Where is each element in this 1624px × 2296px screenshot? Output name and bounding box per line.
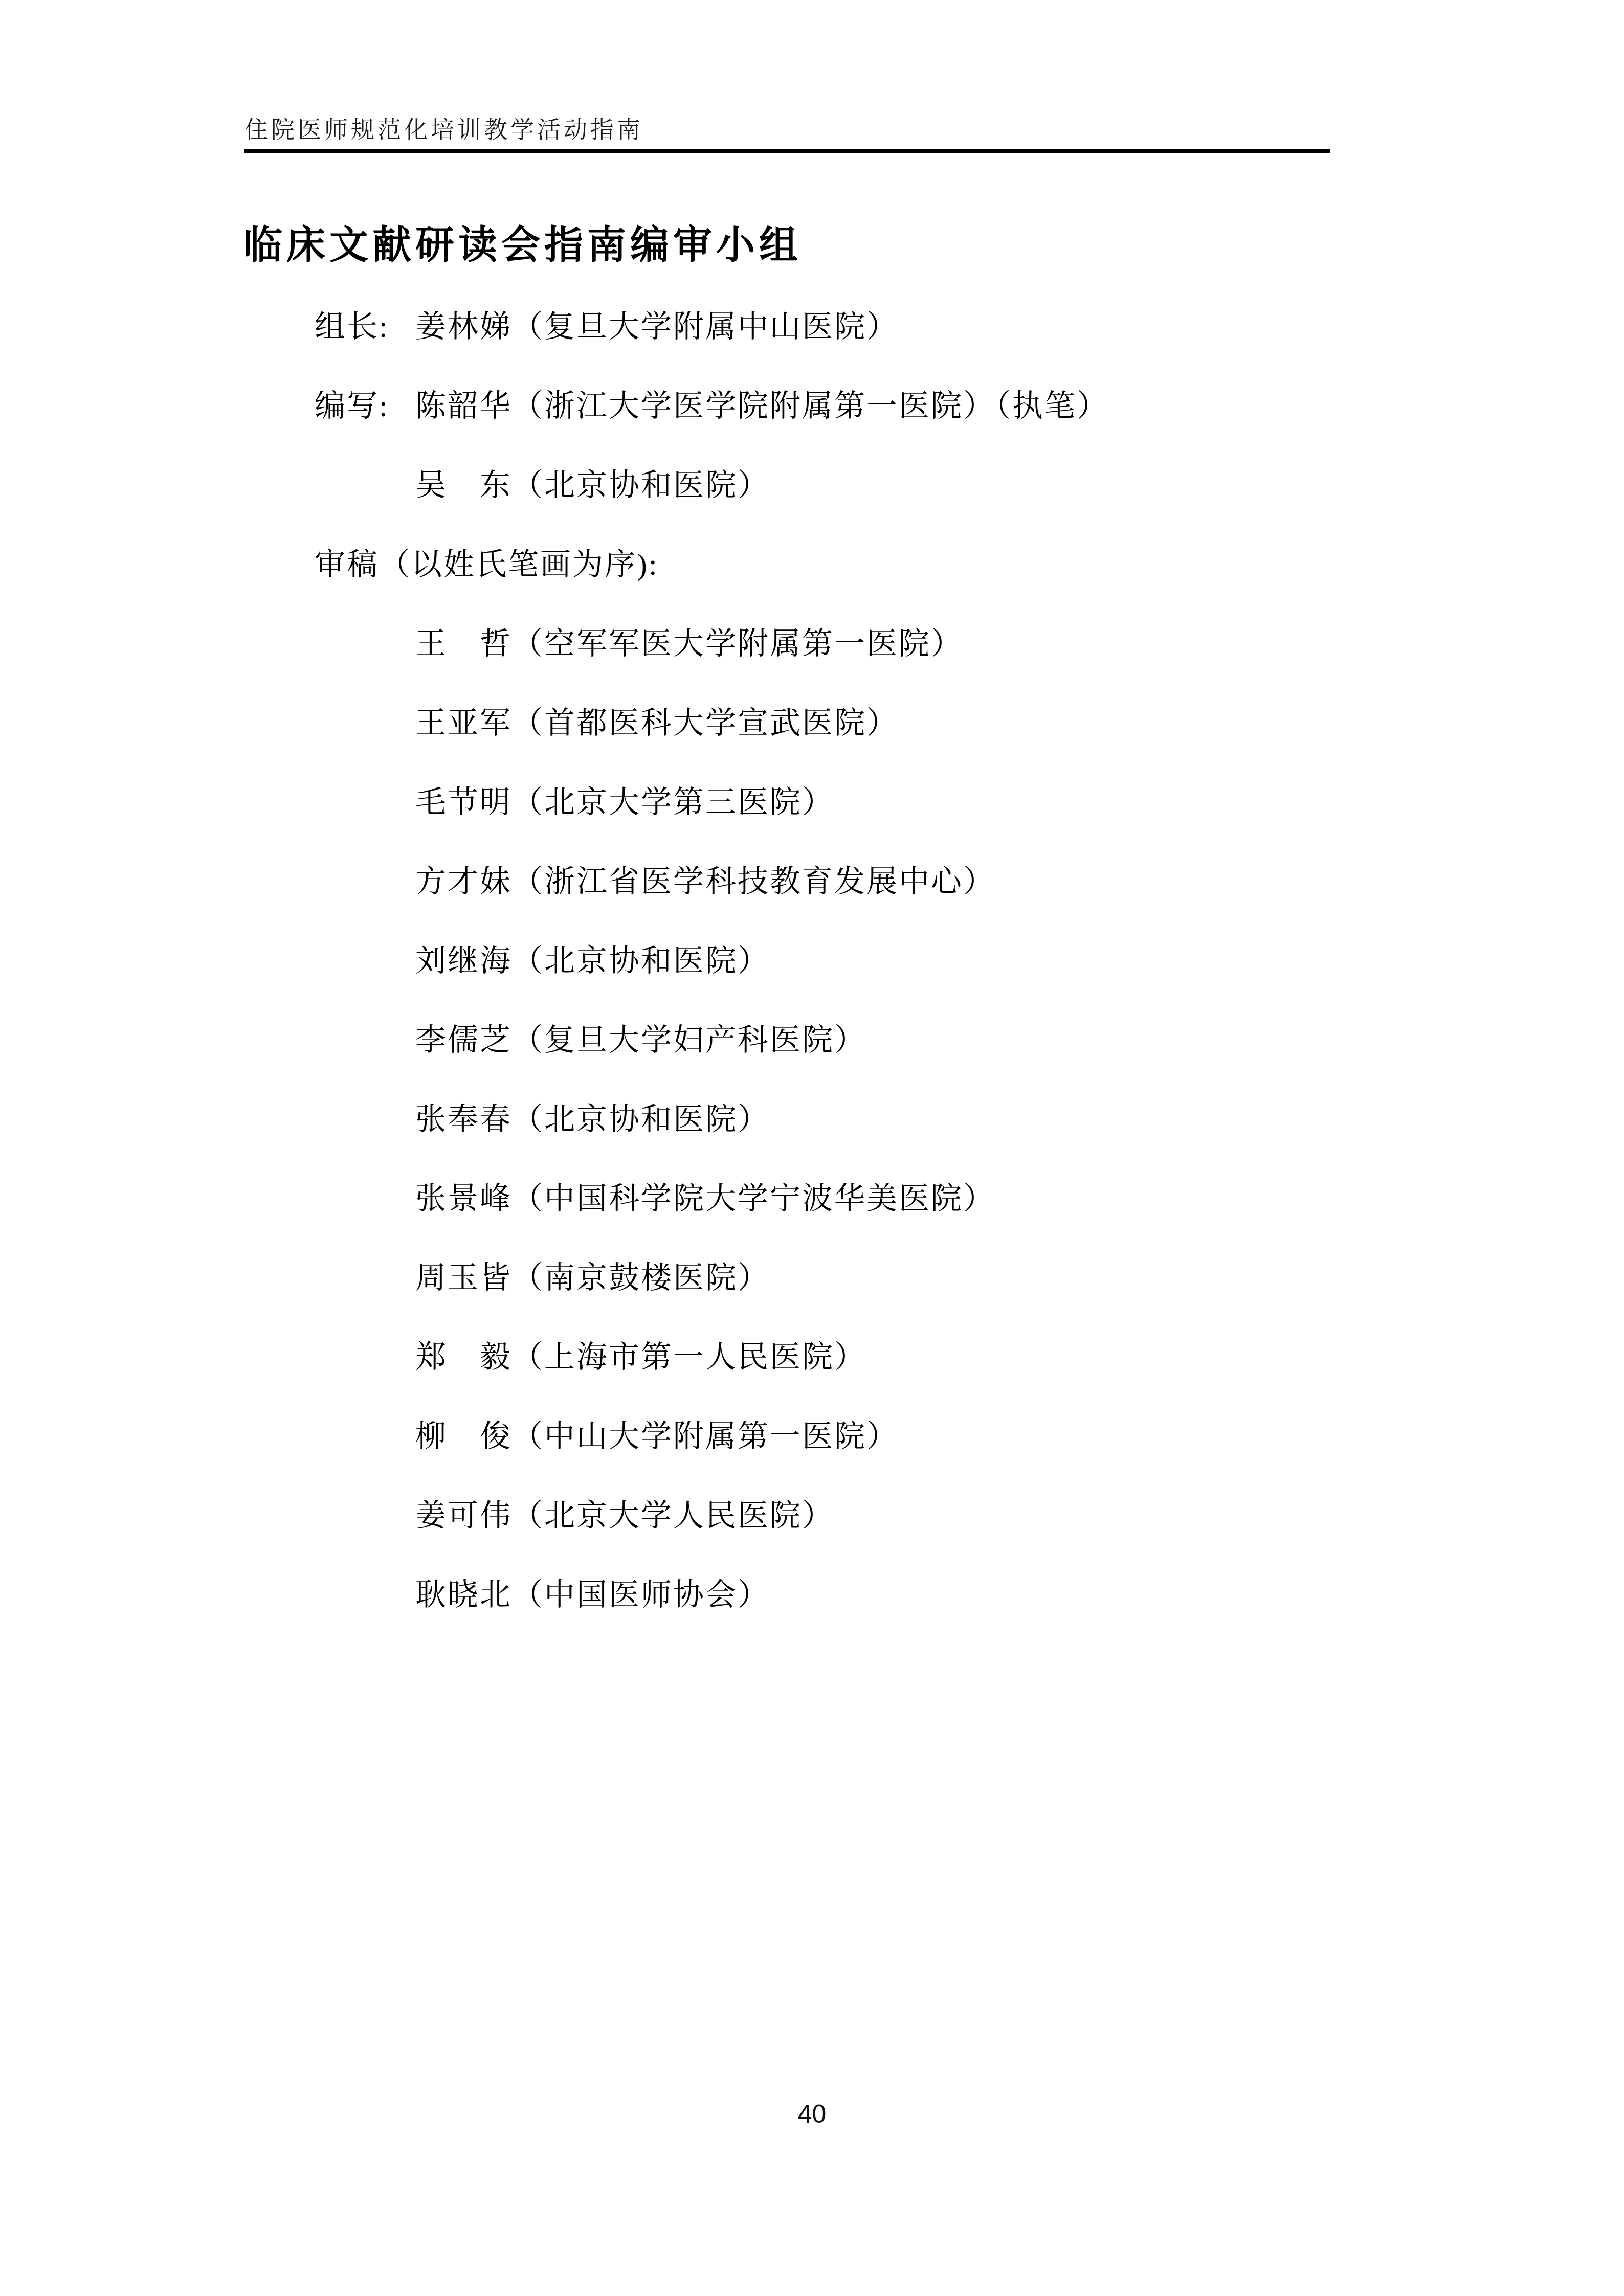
credit-line: 周玉皆（南京鼓楼医院）	[415, 1260, 770, 1295]
credit-line: 耿晓北（中国医师协会）	[415, 1578, 770, 1612]
credit-line: 柳 俊（中山大学附属第一医院）	[415, 1419, 899, 1454]
credit-text: 毛节明（北京大学第三医院）	[415, 785, 834, 820]
page-number: 40	[0, 2100, 1624, 2128]
section-title: 临床文献研读会指南编审小组	[243, 224, 802, 267]
credit-line: 审稿（以姓氏笔画为序):	[315, 547, 659, 582]
credit-line: 吴 东（北京协和医院）	[415, 468, 770, 503]
credit-text: 姜可伟（北京大学人民医院）	[415, 1498, 834, 1533]
running-header-text: 住院医师规范化培训教学活动指南	[244, 117, 643, 143]
credit-text: 审稿（以姓氏笔画为序):	[315, 547, 659, 582]
credit-text: 张奉春（北京协和医院）	[415, 1102, 770, 1137]
credit-line: 刘继海（北京协和医院）	[415, 943, 770, 978]
credit-line: 张景峰（中国科学院大学宁波华美医院）	[415, 1181, 995, 1216]
credit-line: 编写:陈韶华（浙江大学医学院附属第一医院）（执笔）	[315, 389, 1109, 423]
credit-text: 郑 毅（上海市第一人民医院）	[415, 1340, 866, 1375]
credit-text: 周玉皆（南京鼓楼医院）	[415, 1260, 770, 1295]
credit-line: 姜可伟（北京大学人民医院）	[415, 1498, 834, 1533]
document-page: 住院医师规范化培训教学活动指南 临床文献研读会指南编审小组 组长:姜林娣（复旦大…	[0, 0, 1624, 2296]
credit-line: 李儒芝（复旦大学妇产科医院）	[415, 1023, 866, 1057]
credit-line: 王 哲（空军军医大学附属第一医院）	[415, 626, 963, 661]
credit-text: 李儒芝（复旦大学妇产科医院）	[415, 1023, 866, 1057]
credit-line: 郑 毅（上海市第一人民医院）	[415, 1340, 866, 1375]
credit-line: 王亚军（首都医科大学宣武医院）	[415, 706, 899, 740]
credit-text: 耿晓北（中国医师协会）	[415, 1578, 770, 1612]
credit-text: 王 哲（空军军医大学附属第一医院）	[415, 626, 963, 661]
credit-role-label: 编写:	[315, 389, 415, 423]
credit-text: 刘继海（北京协和医院）	[415, 943, 770, 978]
credit-role-label: 组长:	[315, 309, 415, 344]
credit-line: 毛节明（北京大学第三医院）	[415, 785, 834, 820]
credit-text: 姜林娣（复旦大学附属中山医院）	[415, 309, 899, 344]
credit-line: 方才妹（浙江省医学科技教育发展中心）	[415, 864, 995, 899]
header-rule	[244, 149, 1330, 153]
credit-line: 组长:姜林娣（复旦大学附属中山医院）	[315, 309, 899, 344]
credit-text: 柳 俊（中山大学附属第一医院）	[415, 1419, 899, 1454]
credit-line: 张奉春（北京协和医院）	[415, 1102, 770, 1137]
credit-text: 吴 东（北京协和医院）	[415, 468, 770, 503]
credit-text: 陈韶华（浙江大学医学院附属第一医院）（执笔）	[415, 389, 1109, 423]
credit-text: 张景峰（中国科学院大学宁波华美医院）	[415, 1181, 995, 1216]
credit-text: 王亚军（首都医科大学宣武医院）	[415, 706, 899, 740]
credit-text: 方才妹（浙江省医学科技教育发展中心）	[415, 864, 995, 899]
